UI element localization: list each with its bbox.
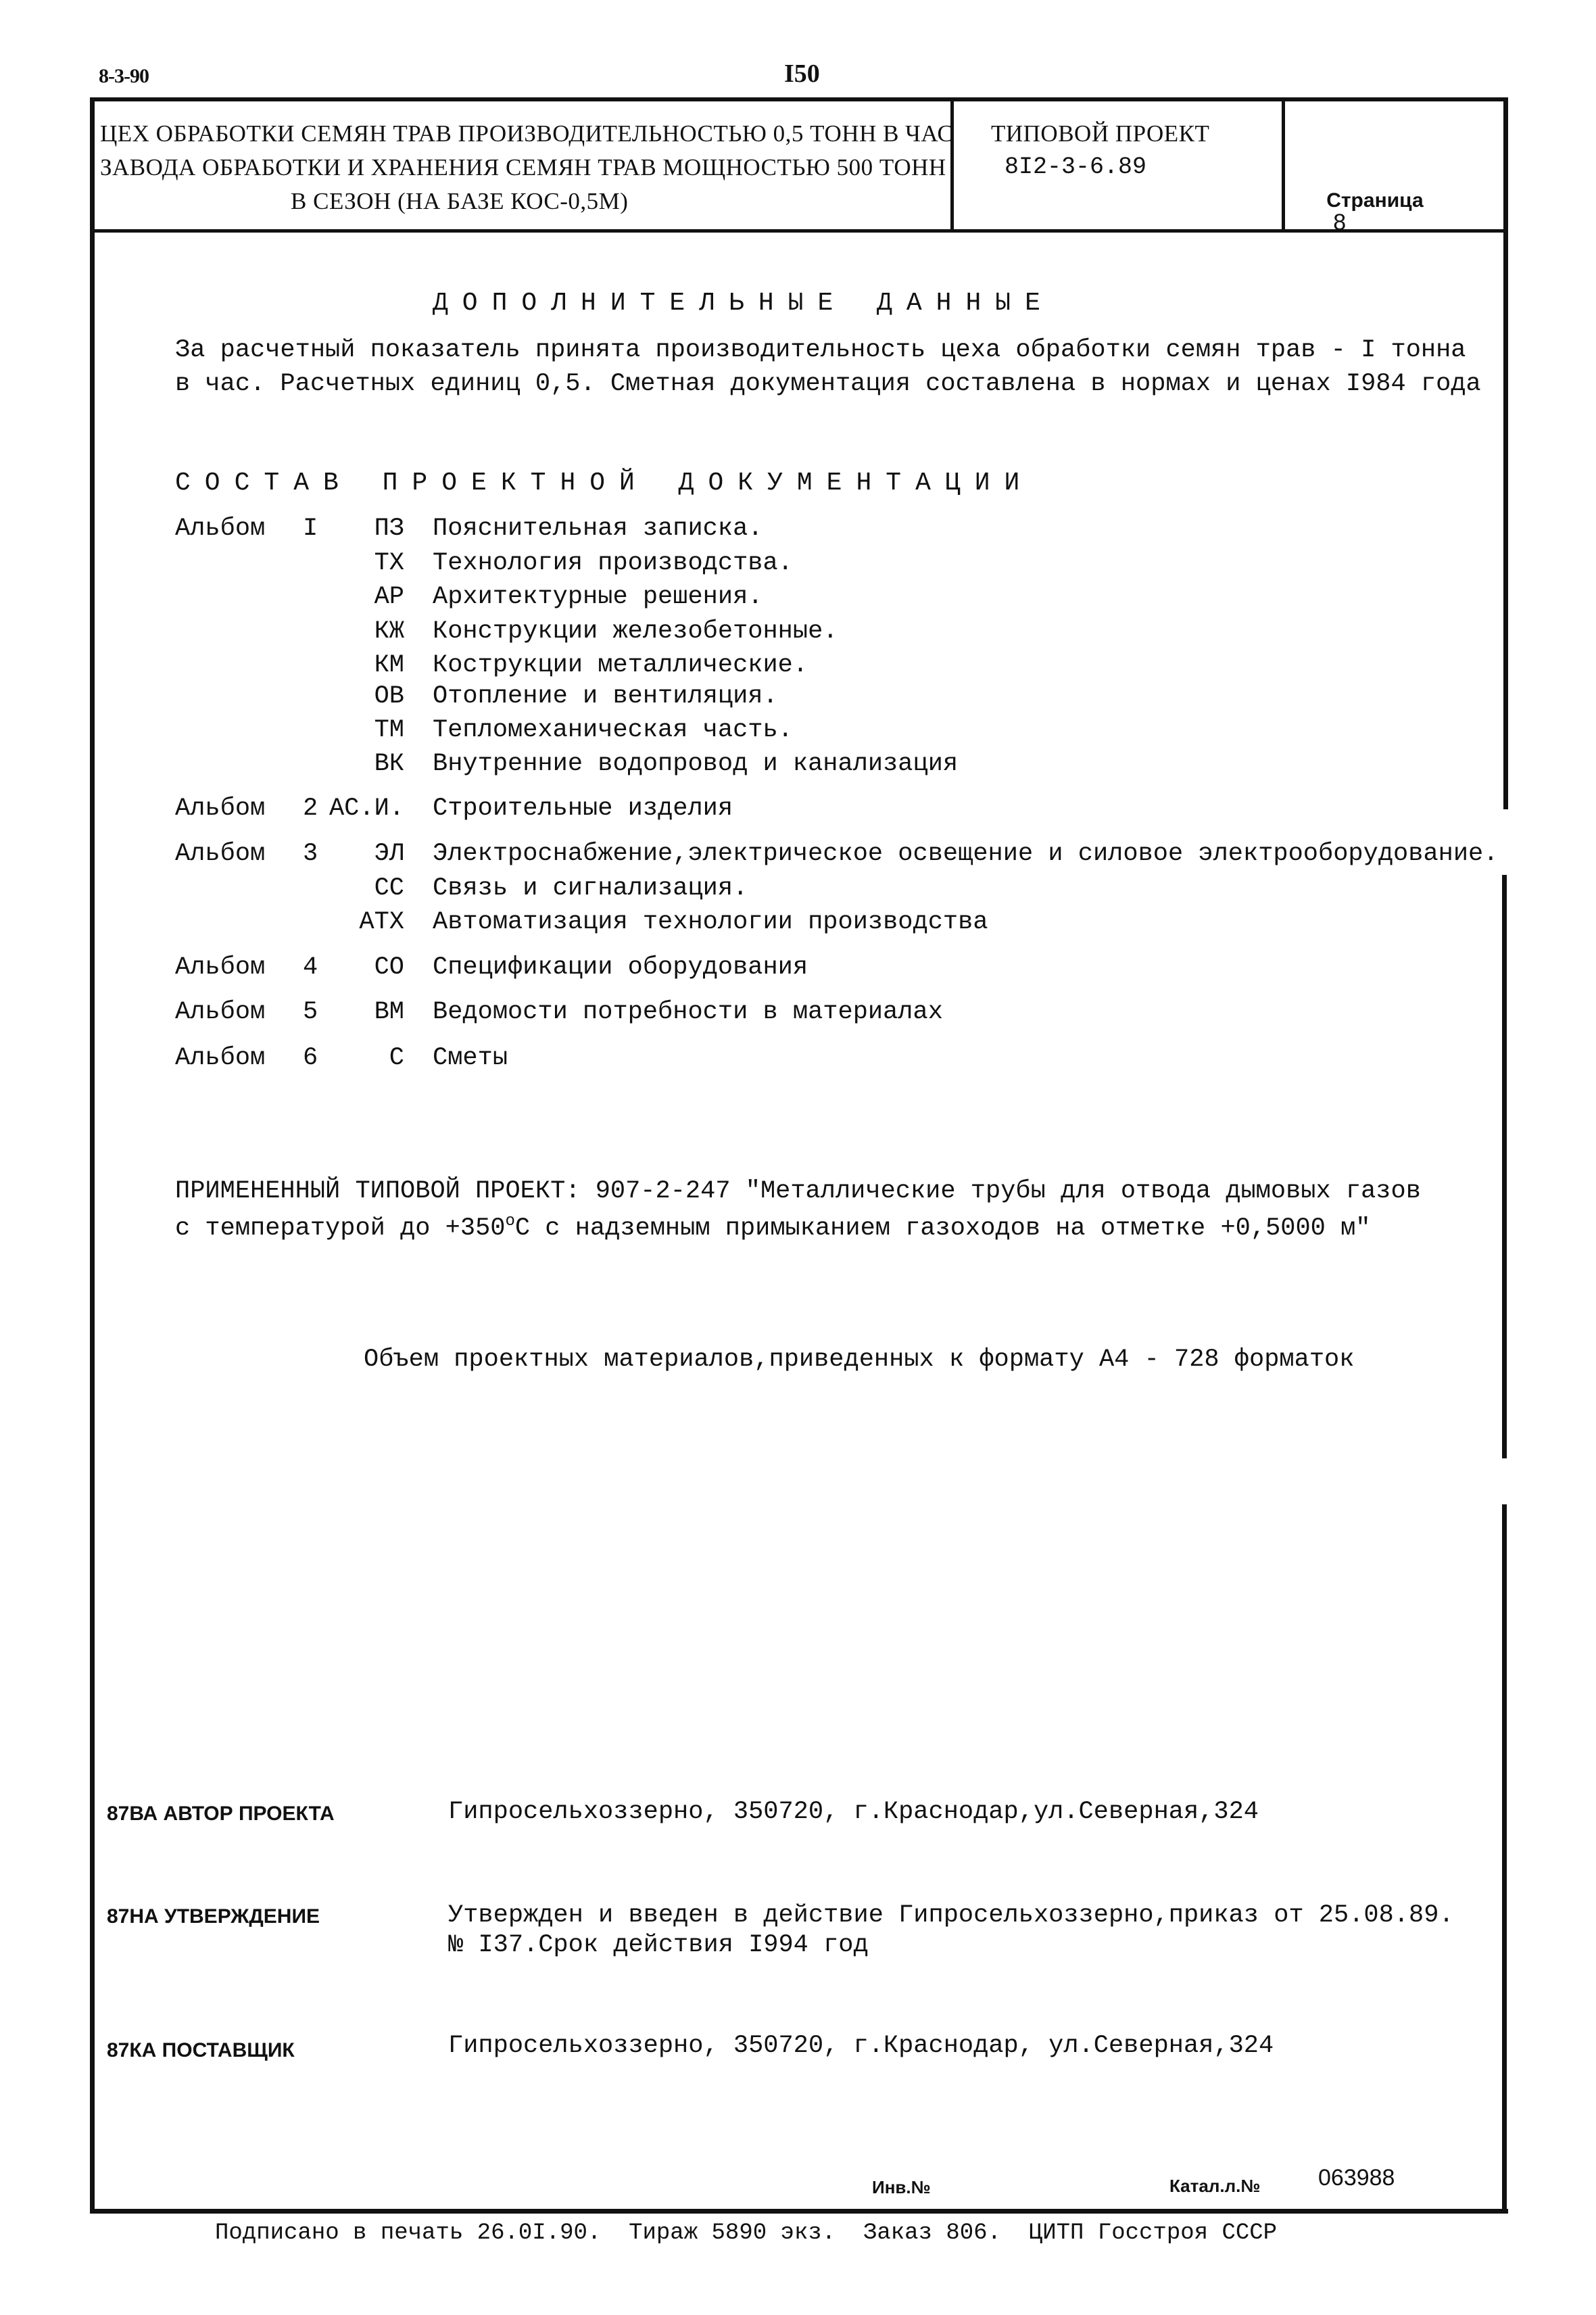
section-code: ТХ (374, 551, 404, 576)
applied-project-line1: ПРИМЕНЕННЫЙ ТИПОВОЙ ПРОЕКТ: 907-2-247 "М… (175, 1179, 1421, 1204)
project-number: 8I2-3-6.89 (1005, 156, 1146, 179)
applied-project-text: С с надземным примыканием газоходов на о… (515, 1214, 1371, 1243)
applied-project-line2: с температурой до +350оС с надземным при… (175, 1214, 1371, 1241)
additional-data-heading: ДОПОЛНИТЕЛЬНЫЕ ДАННЫЕ (433, 291, 1055, 316)
section-title: Отопление и вентиляция. (433, 684, 778, 709)
frame-bottom-border (91, 2209, 1508, 2214)
degree-sign: о (505, 1212, 514, 1231)
header-divider-2 (1282, 97, 1285, 233)
section-title: Строительные изделия (433, 796, 733, 821)
album-label: Альбом (175, 842, 265, 867)
album-number: 4 (303, 955, 318, 980)
catalog-number-value: 063988 (1318, 2166, 1395, 2189)
approval-value-line2: № I37.Срок действия I994 год (448, 1933, 869, 1958)
frame-right-border (1502, 1504, 1507, 2214)
section-code: АР (374, 585, 404, 610)
section-title: Спецификации оборудования (433, 955, 808, 980)
album-number: 3 (303, 842, 318, 867)
section-code: ЭЛ (374, 842, 404, 867)
section-code: ОВ (374, 684, 404, 709)
header-title-line: ЦЕХ ОБРАБОТКИ СЕМЯН ТРАВ ПРОИЗВОДИТЕЛЬНО… (100, 122, 953, 145)
section-code: ТМ (374, 718, 404, 743)
section-title: Связь и сигнализация. (433, 876, 748, 901)
section-title: Пояснительная записка. (433, 517, 763, 542)
page-number: I50 (784, 61, 820, 87)
section-code: АС.И. (329, 796, 404, 821)
album-label: Альбом (175, 796, 265, 821)
section-code: ПЗ (374, 517, 404, 542)
section-title: Внутренние водопровод и канализация (433, 752, 958, 777)
author-label: 87ВА АВТОР ПРОЕКТА (107, 1804, 335, 1824)
frame-left-border (90, 97, 95, 2214)
approval-value-line1: Утвержден и введен в действие Гипросельх… (448, 1903, 1454, 1928)
section-code: КМ (374, 653, 404, 678)
section-title: Технология производства. (433, 551, 793, 576)
volume-text: Объем проектных материалов,приведенных к… (364, 1347, 1354, 1373)
section-code: С (389, 1046, 404, 1071)
page-indicator: Страница 8 (1313, 180, 1424, 234)
documentation-heading: СОСТАВ ПРОЕКТНОЙ ДОКУМЕНТАЦИИ (175, 471, 1034, 496)
section-code: КЖ (374, 619, 404, 644)
album-number: 5 (303, 1000, 318, 1025)
project-type-label: ТИПОВОЙ ПРОЕКТ (991, 122, 1209, 145)
author-value: Гипросельхоззерно, 350720, г.Краснодар,у… (448, 1800, 1259, 1825)
inventory-number-label: Инв.№ (872, 2178, 931, 2196)
additional-data-line: в час. Расчетных единиц 0,5. Сметная док… (175, 372, 1481, 397)
album-number: 6 (303, 1046, 318, 1071)
supplier-value: Гипросельхоззерно, 350720, г.Краснодар, … (448, 2034, 1274, 2059)
header-title-line: В СЕЗОН (НА БАЗЕ КОС-0,5М) (291, 189, 628, 213)
section-title: Автоматизация технологии производства (433, 910, 988, 935)
frame-top-border (91, 97, 1508, 101)
header-title-line: ЗАВОДА ОБРАБОТКИ И ХРАНЕНИЯ СЕМЯН ТРАВ М… (100, 156, 946, 179)
section-title: Кострукции металлические. (433, 653, 808, 678)
section-code: АТХ (359, 910, 404, 935)
applied-project-text: с температурой до +350 (175, 1214, 505, 1243)
frame-right-border (1502, 875, 1507, 1458)
album-number: 2 (303, 796, 318, 821)
section-title: Электроснабжение,электрическое освещение… (433, 842, 1498, 867)
album-label: Альбом (175, 1000, 265, 1025)
section-title: Сметы (433, 1046, 508, 1071)
catalog-number-label: Катал.л.№ (1169, 2177, 1260, 2195)
imprint-line: Подписано в печать 26.0I.90. Тираж 5890 … (215, 2222, 1277, 2245)
album-label: Альбом (175, 1046, 265, 1071)
approval-label: 87НА УТВЕРЖДЕНИЕ (107, 1907, 320, 1927)
page-value: 8 (1333, 210, 1346, 235)
album-label: Альбом (175, 517, 265, 542)
section-title: Ведомости потребности в материалах (433, 1000, 943, 1025)
section-title: Тепломеханическая часть. (433, 718, 793, 743)
album-number: I (303, 517, 318, 542)
header-bottom-border (91, 229, 1508, 233)
section-code: СС (374, 876, 404, 901)
page-label: Страница (1326, 189, 1423, 212)
sheet-code: 8-3-90 (99, 66, 149, 87)
section-title: Архитектурные решения. (433, 585, 763, 610)
section-code: ВМ (374, 1000, 404, 1025)
album-label: Альбом (175, 955, 265, 980)
additional-data-line: За расчетный показатель принята производ… (175, 338, 1466, 363)
section-title: Конструкции железобетонные. (433, 619, 838, 644)
header-divider-1 (950, 97, 954, 233)
frame-right-border (1503, 97, 1508, 809)
supplier-label: 87КА ПОСТАВЩИК (107, 2040, 295, 2061)
section-code: ВК (374, 752, 404, 777)
section-code: СО (374, 955, 404, 980)
